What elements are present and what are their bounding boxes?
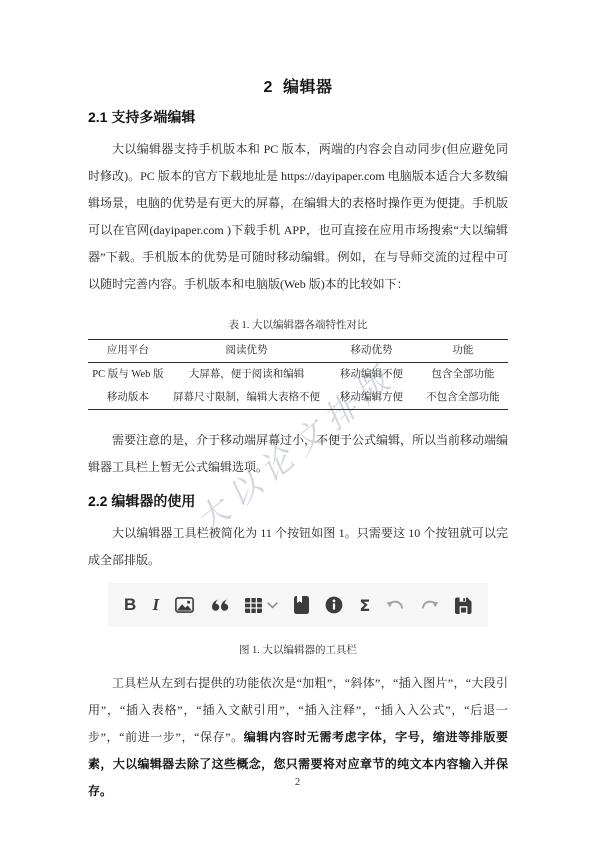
page-content: 2编辑器 2.1 支持多端编辑 大以编辑器支持手机版本和 PC 版本，两端的内容…	[88, 74, 508, 805]
table-row: PC 版与 Web 版 大屏幕，便于阅读和编辑 移动编辑不便 包含全部功能	[88, 363, 508, 387]
table-header-row: 应用平台 阅读优势 移动优势 功能	[88, 340, 508, 363]
table-cell: 包含全部功能	[418, 363, 508, 387]
table-cell: PC 版与 Web 版	[88, 363, 168, 387]
chapter-title-text: 编辑器	[283, 79, 333, 96]
table-cell: 大屏幕，便于阅读和编辑	[168, 363, 326, 387]
table-row: 移动版本 屏幕尺寸限制，编辑大表格不便 移动编辑方便 不包含全部功能	[88, 386, 508, 410]
table-cell: 不包含全部功能	[418, 386, 508, 410]
document-page: 大以论文排版 2编辑器 2.1 支持多端编辑 大以编辑器支持手机版本和 PC 版…	[0, 0, 595, 842]
page-number: 2	[0, 777, 595, 788]
section-heading-2-1: 2.1 支持多端编辑	[88, 107, 508, 127]
table-caption: 表 1. 大以编辑器各端特性对比	[88, 318, 508, 334]
table-header-cell: 移动优势	[325, 340, 417, 363]
section-heading-2-2: 2.2 编辑器的使用	[88, 491, 508, 511]
table-cell: 移动版本	[88, 386, 168, 410]
insert-table-icon	[245, 593, 278, 617]
figure-caption: 图 1. 大以编辑器的工具栏	[88, 643, 508, 659]
paragraph-toolbar-intro: 大以编辑器工具栏被简化为 11 个按钮如图 1。只需要这 10 个按钮就可以完成…	[88, 520, 508, 574]
annotation-info-icon	[325, 593, 343, 617]
toolbar-figure: B I Σ	[108, 583, 488, 627]
table-header-cell: 应用平台	[88, 340, 168, 363]
comparison-table: 应用平台 阅读优势 移动优势 功能 PC 版与 Web 版 大屏幕，便于阅读和编…	[88, 339, 508, 410]
chapter-number: 2	[264, 79, 273, 96]
formula-icon: Σ	[359, 593, 370, 617]
redo-icon	[421, 593, 439, 617]
italic-icon: I	[152, 593, 159, 617]
paragraph-formula-note: 需要注意的是，介于移动端屏幕过小，不便于公式编辑，所以当前移动端编辑器工具栏上暂…	[88, 427, 508, 481]
paragraph-multi-device: 大以编辑器支持手机版本和 PC 版本，两端的内容会自动同步(但应避免同时修改)。…	[88, 136, 508, 298]
bold-icon: B	[124, 593, 136, 617]
table-cell: 屏幕尺寸限制，编辑大表格不便	[168, 386, 326, 410]
table-figure-block: 表 1. 大以编辑器各端特性对比 应用平台 阅读优势 移动优势 功能 PC 版与…	[88, 318, 508, 410]
table-header-cell: 功能	[418, 340, 508, 363]
chapter-title: 2编辑器	[88, 74, 508, 97]
insert-image-icon	[175, 593, 194, 617]
chevron-down-icon	[267, 602, 278, 609]
undo-icon	[386, 593, 404, 617]
table-header-cell: 阅读优势	[168, 340, 326, 363]
table-cell: 移动编辑不便	[325, 363, 417, 387]
save-icon	[455, 593, 472, 617]
table-cell: 移动编辑方便	[325, 386, 417, 410]
citation-icon	[294, 593, 309, 617]
block-quote-icon	[211, 593, 229, 617]
